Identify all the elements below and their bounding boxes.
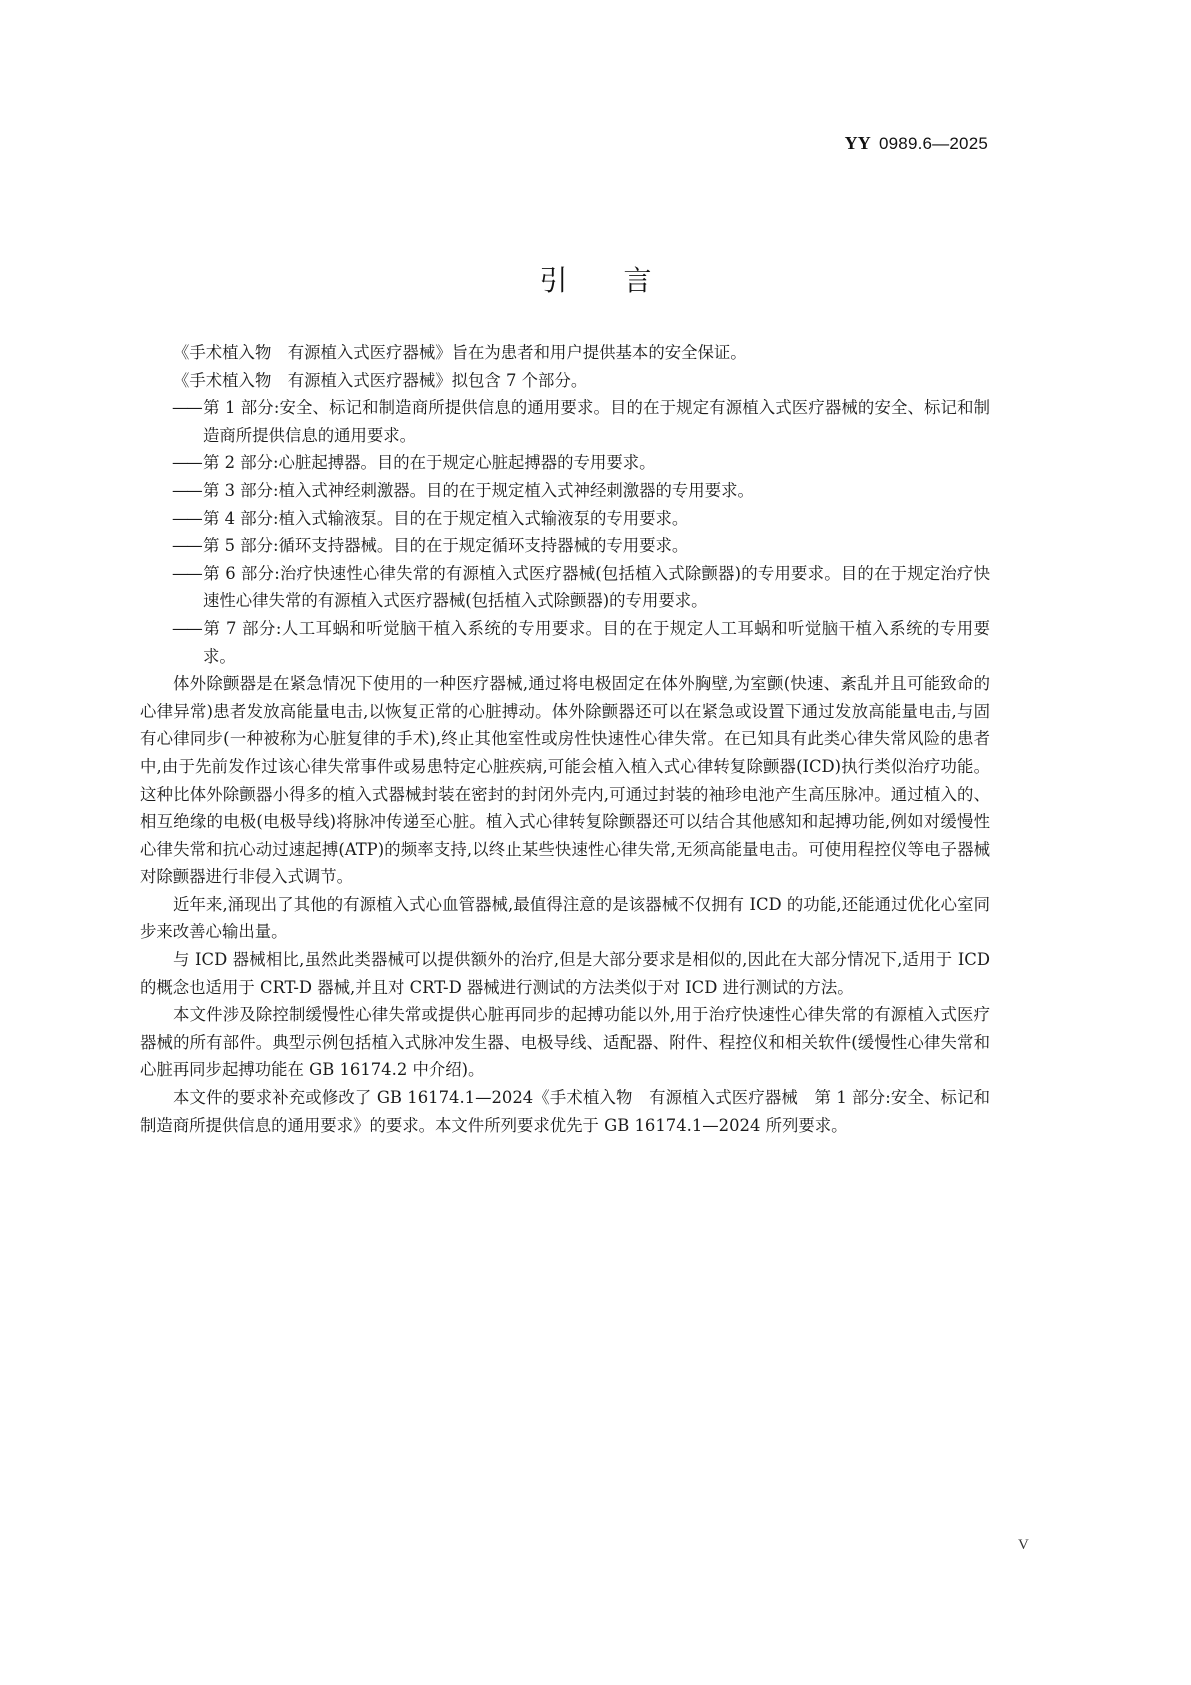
document-body: 《手术植入物 有源植入式医疗器械》旨在为患者和用户提供基本的安全保证。 《手术植… — [140, 339, 990, 1139]
list-item-part-1: ——第 1 部分:安全、标记和制造商所提供信息的通用要求。目的在于规定有源植入式… — [140, 394, 990, 449]
list-item-part-5: ——第 5 部分:循环支持器械。目的在于规定循环支持器械的专用要求。 — [140, 532, 990, 560]
standard-prefix: YY — [845, 133, 871, 153]
dash-marker: —— — [172, 477, 203, 505]
list-item-text: 第 6 部分:治疗快速性心律失常的有源植入式医疗器械(包括植入式除颤器)的专用要… — [203, 564, 990, 611]
title-char-1: 引 — [539, 259, 567, 299]
paragraph-recent-devices: 近年来,涌现出了其他的有源植入式心血管器械,最值得注意的是该器械不仅拥有 ICD… — [140, 891, 990, 946]
list-item-text: 第 4 部分:植入式输液泵。目的在于规定植入式输液泵的专用要求。 — [203, 509, 688, 528]
list-item-part-7: ——第 7 部分:人工耳蜗和听觉脑干植入系统的专用要求。目的在于规定人工耳蜗和听… — [140, 615, 990, 670]
paragraph-icd-comparison: 与 ICD 器械相比,虽然此类器械可以提供额外的治疗,但是大部分要求是相似的,因… — [140, 946, 990, 1001]
list-item-text: 第 5 部分:循环支持器械。目的在于规定循环支持器械的专用要求。 — [203, 536, 688, 555]
title-char-2: 言 — [624, 259, 652, 299]
parts-list: ——第 1 部分:安全、标记和制造商所提供信息的通用要求。目的在于规定有源植入式… — [140, 394, 990, 670]
list-item-text: 第 7 部分:人工耳蜗和听觉脑干植入系统的专用要求。目的在于规定人工耳蜗和听觉脑… — [203, 619, 990, 666]
list-item-part-6: ——第 6 部分:治疗快速性心律失常的有源植入式医疗器械(包括植入式除颤器)的专… — [140, 560, 990, 615]
dash-marker: —— — [172, 449, 203, 477]
list-item-part-2: ——第 2 部分:心脏起搏器。目的在于规定心脏起搏器的专用要求。 — [140, 449, 990, 477]
dash-marker: —— — [172, 560, 203, 588]
standard-number: 0989.6—2025 — [879, 134, 988, 153]
dash-marker: —— — [172, 505, 203, 533]
page-number: V — [1018, 1537, 1029, 1554]
dash-marker: —— — [172, 532, 203, 560]
intro-paragraph-2: 《手术植入物 有源植入式医疗器械》拟包含 7 个部分。 — [140, 367, 990, 395]
list-item-text: 第 3 部分:植入式神经刺激器。目的在于规定植入式神经刺激器的专用要求。 — [203, 481, 754, 500]
page-title: 引言 — [0, 259, 1191, 299]
standard-code: YY0989.6—2025 — [845, 133, 988, 154]
intro-paragraph-1: 《手术植入物 有源植入式医疗器械》旨在为患者和用户提供基本的安全保证。 — [140, 339, 990, 367]
paragraph-defibrillator: 体外除颤器是在紧急情况下使用的一种医疗器械,通过将电极固定在体外胸壁,为室颤(快… — [140, 670, 990, 891]
list-item-part-3: ——第 3 部分:植入式神经刺激器。目的在于规定植入式神经刺激器的专用要求。 — [140, 477, 990, 505]
list-item-text: 第 2 部分:心脏起搏器。目的在于规定心脏起搏器的专用要求。 — [203, 453, 656, 472]
paragraph-relation-gb16174: 本文件的要求补充或修改了 GB 16174.1—2024《手术植入物 有源植入式… — [140, 1084, 990, 1139]
dash-marker: —— — [172, 615, 203, 643]
list-item-part-4: ——第 4 部分:植入式输液泵。目的在于规定植入式输液泵的专用要求。 — [140, 505, 990, 533]
list-item-text: 第 1 部分:安全、标记和制造商所提供信息的通用要求。目的在于规定有源植入式医疗… — [203, 398, 990, 445]
paragraph-scope: 本文件涉及除控制缓慢性心律失常或提供心脏再同步的起搏功能以外,用于治疗快速性心律… — [140, 1001, 990, 1084]
dash-marker: —— — [172, 394, 203, 422]
